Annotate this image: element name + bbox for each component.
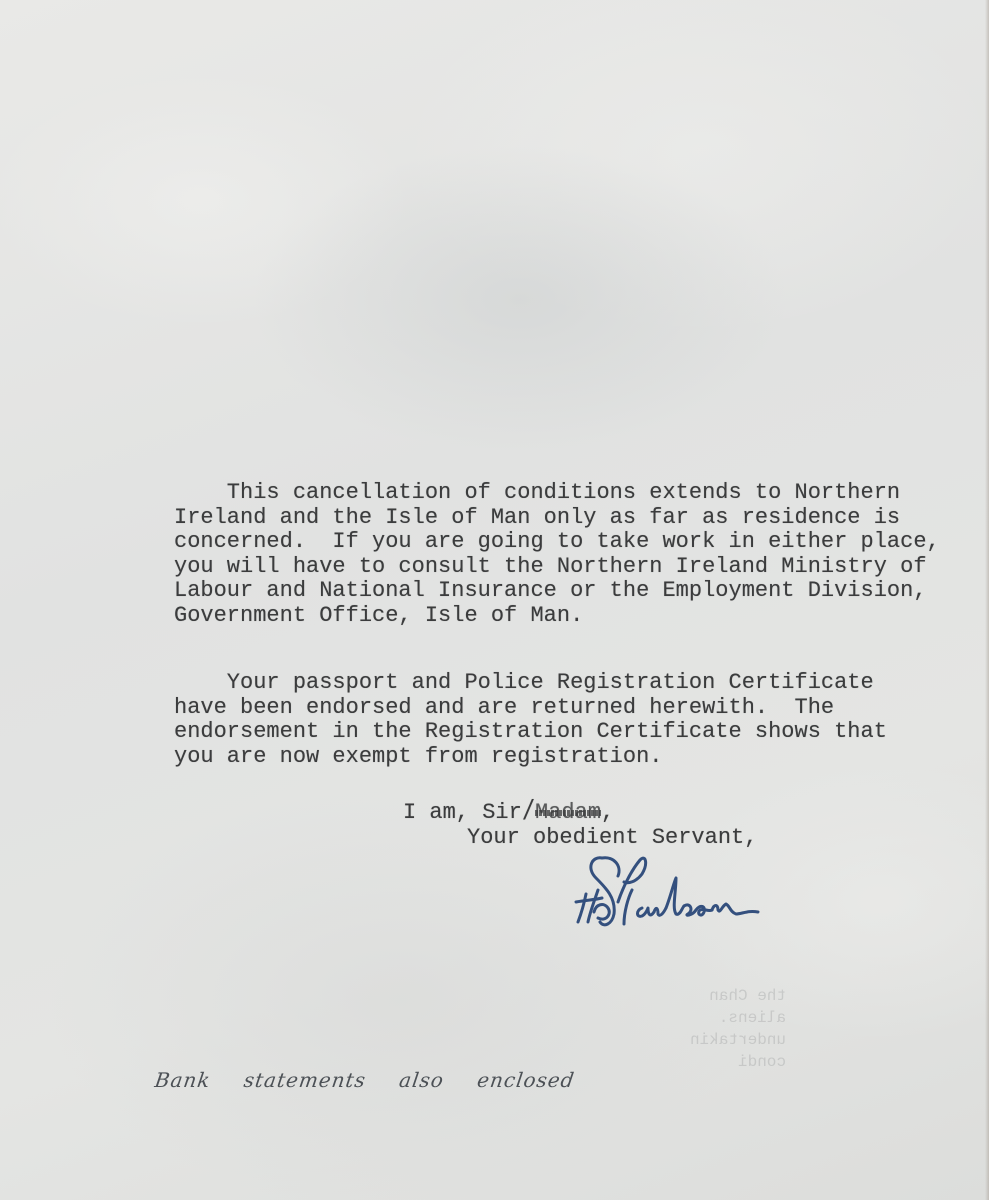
salutation-comma: , [601,800,614,825]
text-line: concerned. If you are going to take work… [174,530,940,555]
text-line: you are now exempt from registration. [174,745,887,770]
closing-salutation: I am, Sir/Madam, [403,801,614,826]
text-line: Labour and National Insurance or the Emp… [174,579,940,604]
paper-edge-shadow [985,0,989,1200]
signature: H. D. Paulson [572,852,787,932]
handwritten-note: Bank statements also enclosed [153,1068,576,1092]
paragraph-cancellation: This cancellation of conditions extends … [174,481,940,628]
salutation-slash: / [522,798,535,829]
text-line: Government Office, Isle of Man. [174,604,940,629]
bleed-line: condi [738,1053,786,1071]
text-line: you will have to consult the Northern Ir… [174,555,940,580]
paragraph-passport: Your passport and Police Registration Ce… [174,671,887,769]
text-line: endorsement in the Registration Certific… [174,720,887,745]
text-line: Your passport and Police Registration Ce… [174,671,887,696]
text-line: have been endorsed and are returned here… [174,696,887,721]
closing-servant: Your obedient Servant, [467,826,757,851]
struck-madam: Madam [535,800,601,825]
salutation-text: I am, Sir [403,800,522,825]
text-line: This cancellation of conditions extends … [174,481,940,506]
bleed-line: the Chan [709,987,786,1005]
text-line: Ireland and the Isle of Man only as far … [174,506,940,531]
bleed-through-text: the Chan aliens. undertakin condi [690,985,786,1073]
bleed-line: undertakin [690,1031,786,1049]
bleed-line: aliens. [719,1009,786,1027]
